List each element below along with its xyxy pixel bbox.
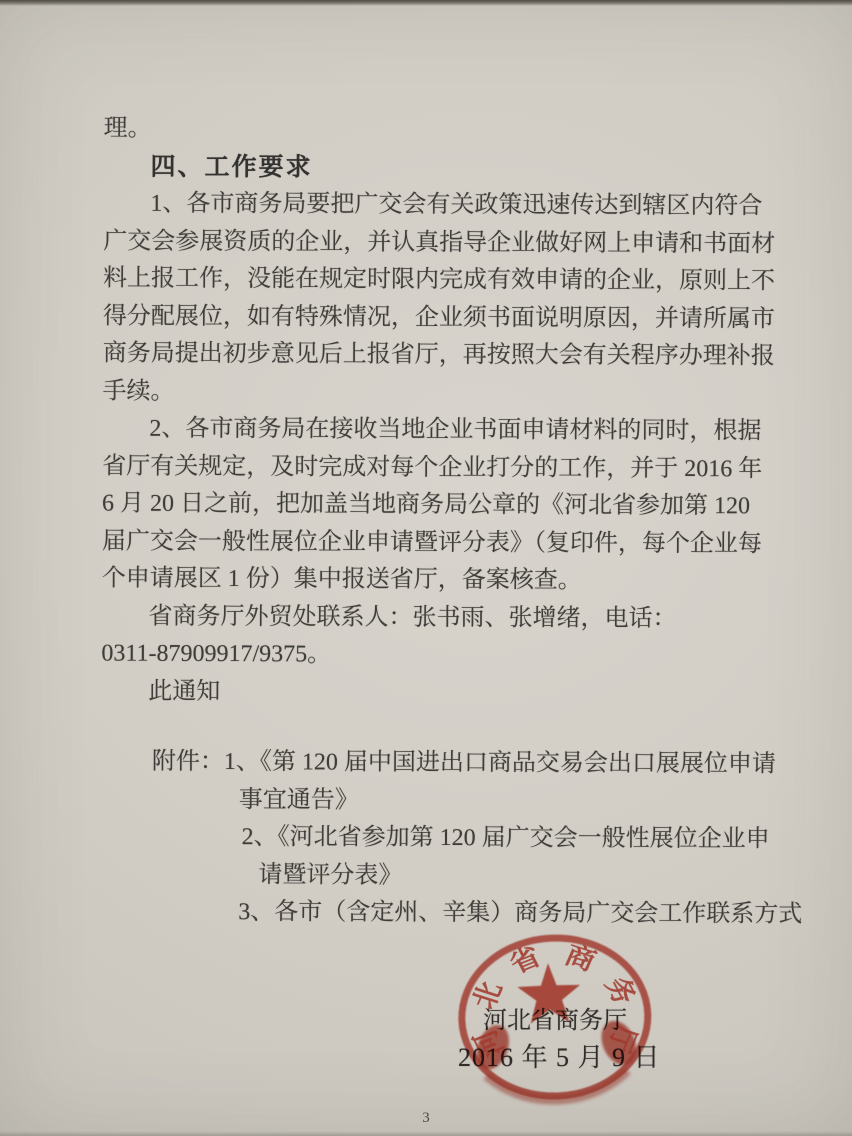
closing-line: 此通知 (101, 673, 791, 714)
body-line: 得分配展位，如有特殊情况，企业须书面说明原因，并请所属市 (103, 298, 793, 339)
attachment-line: 请暨评分表》 (258, 857, 790, 897)
body-line: 料上报工作，没能在规定时限内完成有效申请的企业，原则上不 (103, 260, 793, 301)
body-line: 商务局提出初步意见后上报省厅，再按照大会有关程序办理补报 (103, 335, 793, 376)
official-seal: 河 北 省 商 务 厅 (447, 918, 666, 1125)
attachment-line: 2、《河北省参加第 120 届广交会一般性展位企业申 (242, 819, 791, 859)
document-text-block: 理。 四、工作要求 1、各市商务局要把广交会有关政策迅速传达到辖区内符合 广交会… (100, 110, 794, 934)
body-line: 6 月 20 日之前，把加盖当地商务局公章的《河北省参加第 120 (102, 485, 792, 526)
attachment-line: 事宜通告》 (239, 782, 791, 822)
contact-line: 省商务厅外贸处联系人：张书雨、张增绪，电话： (102, 598, 792, 639)
photo-bottom-edge (0, 1131, 852, 1136)
body-line: 广交会参展资质的企业，并认真指导企业做好网上申请和书面材 (103, 223, 793, 264)
contact-phone-line: 0311-87909917/9375。 (101, 635, 791, 676)
page-number: 3 (0, 1110, 852, 1127)
body-line: 个申请展区 1 份）集中报送省厅，备案核查。 (102, 560, 792, 601)
body-line: 理。 (104, 110, 794, 151)
attachment-line: 附件：1、《第 120 届中国进出口商品交易会出口展展位申请 (152, 744, 791, 784)
body-line: 届广交会一般性展位企业申请暨评分表》（复印件，每个企业每 (102, 523, 792, 564)
section-heading: 四、工作要求 (103, 148, 793, 189)
photo-top-edge (0, 0, 852, 6)
document-photo: 理。 四、工作要求 1、各市商务局要把广交会有关政策迅速传达到辖区内符合 广交会… (0, 0, 852, 1136)
body-line: 省厅有关规定，及时完成对每个企业打分的工作，并于 2016 年 (102, 448, 792, 489)
attachments-block: 附件：1、《第 120 届中国进出口商品交易会出口展展位申请 事宜通告》 2、《… (100, 743, 791, 934)
body-line: 1、各市商务局要把广交会有关政策迅速传达到辖区内符合 (103, 185, 793, 226)
body-line: 手续。 (102, 373, 792, 414)
body-line: 2、各市商务局在接收当地企业书面申请材料的同时，根据 (102, 410, 792, 451)
